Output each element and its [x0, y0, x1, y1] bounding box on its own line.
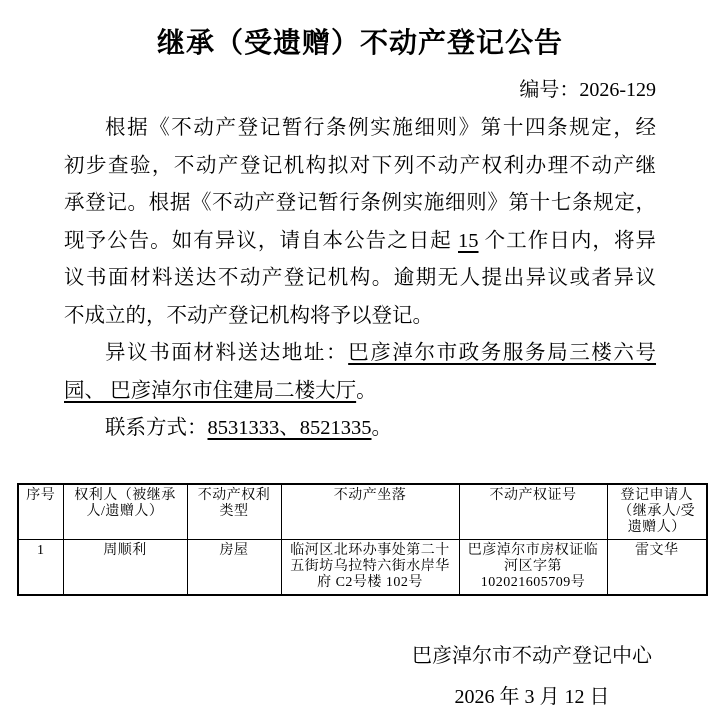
cell-property-location: 临河区北环办事处第二十五街坊乌拉特六街水岸华府 C2号楼 102号: [281, 539, 459, 595]
table-row: 1 周顺利 房屋 临河区北环办事处第二十五街坊乌拉特六街水岸华府 C2号楼 10…: [18, 539, 707, 595]
issuer-name: 巴彦淖尔市不动产登记中心: [412, 642, 652, 670]
body-text-segment: 议书面材料送达不动产登记机构。逾期无人提出异议或者异议: [64, 267, 656, 289]
body-line-8: 园、 巴彦淖尔市住建局二楼大厅。: [64, 373, 656, 411]
body-text-segment: 根据《不动产登记暂行条例实施细则》第十四条规定，经: [105, 117, 656, 139]
header-property-location: 不动产坐落: [281, 484, 459, 540]
contact-label: 联系方式：: [105, 417, 208, 439]
header-certificate-number: 不动产权证号: [459, 484, 607, 540]
header-registration-applicant: 登记申请人（继承人/受遗赠人）: [607, 484, 707, 540]
issue-date: 2026 年 3 月 12 日: [412, 683, 652, 706]
header-serial-number: 序号: [18, 484, 63, 540]
body-text-segment: 不成立的，不动产登记机构将予以登记。: [64, 305, 433, 327]
body-text-segment: 。: [372, 417, 393, 439]
contact-phone-numbers: 8531333、8521335: [208, 417, 372, 439]
registration-table: 序号 权利人（被继承人/遗赠人） 不动产权利类型 不动产坐落 不动产权证号 登记…: [17, 483, 708, 596]
body-text-segment: 初步查验，不动产登记机构拟对下列不动产权利办理不动产继: [64, 155, 656, 177]
body-line-5: 议书面材料送达不动产登记机构。逾期无人提出异议或者异议: [64, 260, 656, 298]
body-text-segment: 承登记。根据《不动产登记暂行条例实施细则》第十七条规定，: [64, 192, 656, 214]
body-line-4: 现予公告。如有异议，请自本公告之日起 15 个工作日内，将异: [64, 223, 656, 261]
header-right-type: 不动产权利类型: [187, 484, 281, 540]
cell-serial-number: 1: [18, 539, 63, 595]
objection-days-underlined: 15: [458, 230, 479, 252]
cell-right-holder: 周顺利: [63, 539, 187, 595]
delivery-address-label: 异议书面材料送达地址：: [105, 342, 348, 364]
body-text-segment: 。: [356, 380, 377, 402]
delivery-address-underlined: 巴彦淖尔市政务服务局三楼六号: [348, 342, 656, 364]
notice-body: 根据《不动产登记暂行条例实施细则》第十四条规定，经 初步查验，不动产登记机构拟对…: [64, 110, 656, 448]
body-line-7: 异议书面材料送达地址：巴彦淖尔市政务服务局三楼六号: [64, 335, 656, 373]
header-right-holder: 权利人（被继承人/遗赠人）: [63, 484, 187, 540]
body-line-3: 承登记。根据《不动产登记暂行条例实施细则》第十七条规定，: [64, 185, 656, 223]
body-line-9: 联系方式：8531333、8521335。: [64, 410, 656, 448]
body-line-2: 初步查验，不动产登记机构拟对下列不动产权利办理不动产继: [64, 148, 656, 186]
footer-signature-block: 巴彦淖尔市不动产登记中心 2026 年 3 月 12 日: [412, 642, 652, 706]
doc-number: 编号：2026-129: [64, 76, 656, 104]
body-text-segment: 现予公告。如有异议，请自本公告之日起: [64, 230, 458, 252]
body-line-1: 根据《不动产登记暂行条例实施细则》第十四条规定，经: [64, 110, 656, 148]
notice-document-page: 继承（受遗赠）不动产登记公告 编号：2026-129 根据《不动产登记暂行条例实…: [0, 0, 724, 706]
cell-registration-applicant: 雷文华: [607, 539, 707, 595]
cell-right-type: 房屋: [187, 539, 281, 595]
page-title: 继承（受遗赠）不动产登记公告: [64, 27, 656, 61]
body-line-6: 不成立的，不动产登记机构将予以登记。: [64, 298, 656, 336]
cell-certificate-number: 巴彦淖尔市房权证临河区字第102021605709号: [459, 539, 607, 595]
body-text-segment: 个工作日内，将异: [479, 230, 657, 252]
table-header-row: 序号 权利人（被继承人/遗赠人） 不动产权利类型 不动产坐落 不动产权证号 登记…: [18, 484, 707, 540]
delivery-address-underlined-cont: 园、 巴彦淖尔市住建局二楼大厅: [64, 380, 356, 402]
